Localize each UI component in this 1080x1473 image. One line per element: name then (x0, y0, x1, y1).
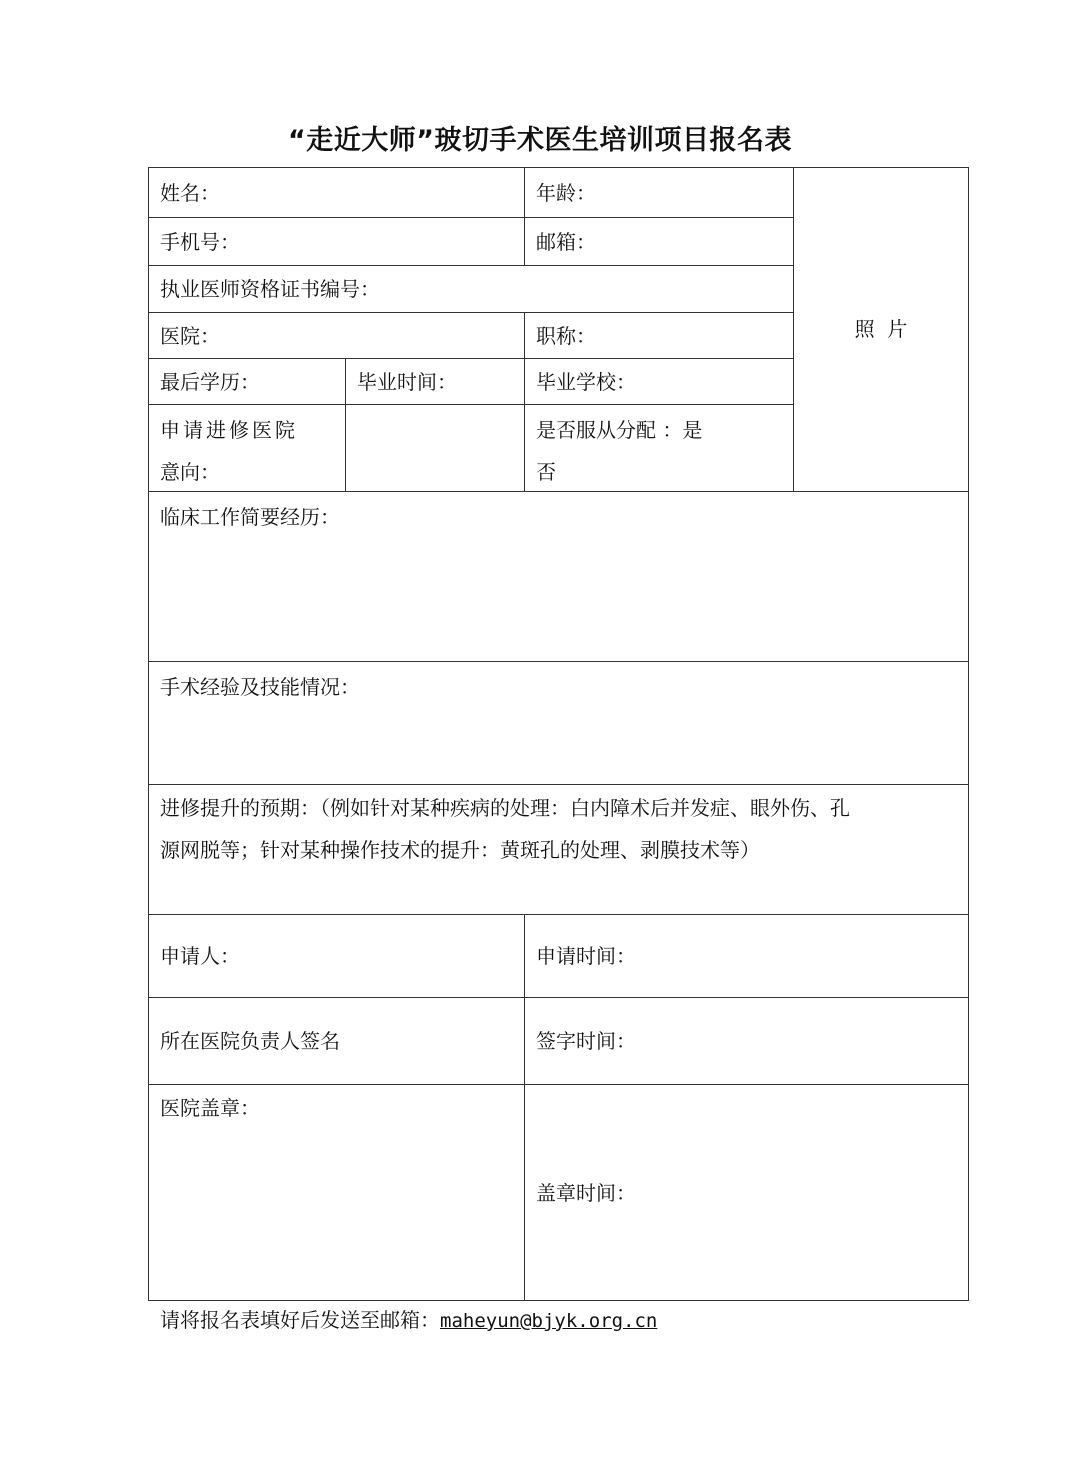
sign-time-field[interactable]: 签字时间： (524, 997, 969, 1085)
grad-time-label: 毕业时间： (357, 369, 457, 395)
education-label: 最后学历： (160, 369, 260, 395)
target-hospital-label-line2: 意向： (160, 451, 335, 493)
email-label: 邮箱： (536, 229, 596, 255)
apply-time-label: 申请时间： (536, 943, 636, 969)
supervisor-sign-label: 所在医院负责人签名 (160, 1028, 340, 1054)
page-title: “走近大师”玻切手术医生培训项目报名表 (0, 118, 1080, 157)
name-field[interactable]: 姓名： (148, 167, 525, 218)
phone-field[interactable]: 手机号： (148, 217, 525, 266)
age-label: 年龄： (536, 180, 596, 206)
expectation-label-line1: 进修提升的预期：（例如针对某种疾病的处理：白内障术后并发症、眼外伤、孔 (160, 787, 958, 829)
surgery-experience-field[interactable]: 手术经验及技能情况： (148, 661, 969, 785)
target-hospital-label-line1: 申请进修医院 (160, 409, 335, 451)
phone-label: 手机号： (160, 229, 240, 255)
surgery-experience-label: 手术经验及技能情况： (160, 675, 360, 699)
footer-text: 请将报名表填好后发送至邮箱： (160, 1308, 440, 1332)
accept-assignment-field[interactable]: 是否服从分配 ：是 否 (524, 404, 794, 492)
grad-school-field[interactable]: 毕业学校： (524, 358, 794, 405)
expectation-label-line2: 源网脱等；针对某种操作技术的提升：黄斑孔的处理、剥膜技术等） (160, 829, 958, 871)
email-link[interactable]: maheyun@bjyk.org.cn (440, 1310, 657, 1332)
target-hospital-label-cell: 申请进修医院 意向： (148, 404, 346, 492)
footer-note: 请将报名表填好后发送至邮箱：maheyun@bjyk.org.cn (160, 1304, 657, 1333)
email-field[interactable]: 邮箱： (524, 217, 794, 266)
sign-time-label: 签字时间： (536, 1028, 636, 1054)
apply-time-field[interactable]: 申请时间： (524, 914, 969, 998)
hospital-label: 医院： (160, 323, 220, 349)
clinical-experience-field[interactable]: 临床工作简要经历： (148, 491, 969, 662)
photo-label: 照 片 (855, 316, 908, 342)
target-hospital-field[interactable] (345, 404, 525, 492)
hospital-field[interactable]: 医院： (148, 312, 525, 359)
age-field[interactable]: 年龄： (524, 167, 794, 218)
job-title-label: 职称： (536, 323, 596, 349)
applicant-field[interactable]: 申请人： (148, 914, 525, 998)
clinical-experience-label: 临床工作简要经历： (160, 505, 340, 529)
supervisor-sign-field[interactable]: 所在医院负责人签名 (148, 997, 525, 1085)
education-field[interactable]: 最后学历： (148, 358, 346, 405)
hospital-seal-label: 医院盖章： (160, 1096, 260, 1120)
accept-assignment-line1: 是否服从分配 ：是 (536, 409, 783, 451)
photo-box[interactable]: 照 片 (793, 167, 969, 492)
accept-assignment-line2: 否 (536, 451, 783, 493)
grad-school-label: 毕业学校： (536, 369, 636, 395)
grad-time-field[interactable]: 毕业时间： (345, 358, 525, 405)
seal-time-label: 盖章时间： (536, 1180, 636, 1206)
hospital-seal-field[interactable]: 医院盖章： (148, 1084, 525, 1301)
applicant-label: 申请人： (160, 943, 240, 969)
job-title-field[interactable]: 职称： (524, 312, 794, 359)
license-field[interactable]: 执业医师资格证书编号： (148, 265, 794, 313)
license-label: 执业医师资格证书编号： (160, 276, 380, 302)
name-label: 姓名： (160, 180, 220, 206)
expectation-field[interactable]: 进修提升的预期：（例如针对某种疾病的处理：白内障术后并发症、眼外伤、孔 源网脱等… (148, 784, 969, 915)
seal-time-field[interactable]: 盖章时间： (524, 1084, 969, 1301)
